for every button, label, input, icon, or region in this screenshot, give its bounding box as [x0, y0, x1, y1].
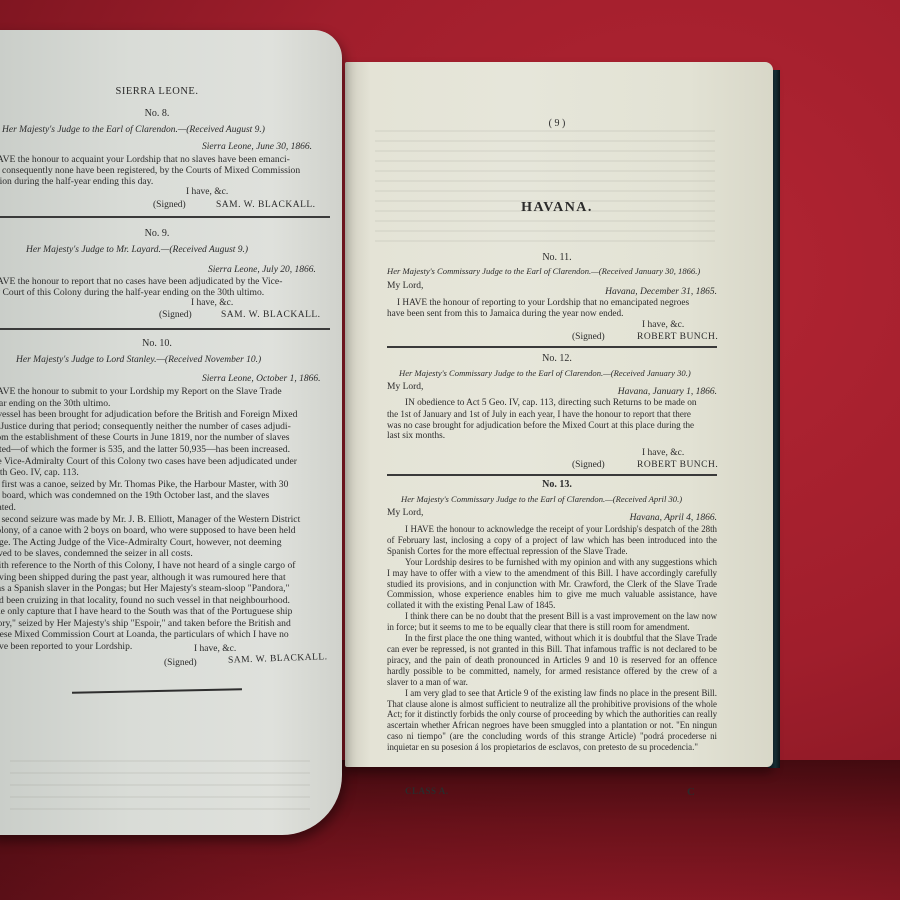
- body-line: The only capture that I have heard to th…: [0, 606, 335, 618]
- despatch-date: Havana, January 1, 1866.: [618, 387, 717, 397]
- divider-rule: [0, 328, 330, 330]
- body-line: had been cruizing in that locality, foun…: [0, 595, 335, 607]
- despatch-heading: Her Majesty's Commissary Judge to the Ea…: [399, 368, 691, 378]
- despatch-date: Havana, April 4, 1866.: [630, 513, 717, 523]
- body-line: I HAVE the honour of reporting to your L…: [397, 298, 689, 308]
- signed-label: (Signed): [572, 332, 605, 342]
- signed-label: (Signed): [164, 658, 197, 668]
- body-line: having been shipped during the past year…: [0, 572, 335, 584]
- despatch-heading: Her Majesty's Commissary Judge to the Ea…: [401, 494, 682, 504]
- left-page: SIERRA LEONE. No. 8. Her Majesty's Judge…: [0, 30, 342, 835]
- section-title-sierra-leone: SIERRA LEONE.: [0, 86, 338, 97]
- body-line: dage. The Acting Judge of the Vice-Admir…: [0, 537, 335, 549]
- despatch-number: No. 11.: [387, 252, 727, 263]
- body-line: t 5th Geo. IV, cap. 113.: [0, 467, 335, 479]
- paragraph: Your Lordship desires to be furnished wi…: [387, 557, 717, 612]
- paragraph: I think there can be no doubt that the p…: [387, 611, 717, 633]
- divider-rule: [0, 216, 330, 218]
- body-line: the Vice-Admiralty Court of this Colony …: [0, 456, 335, 468]
- body-line: HAVE the honour to report that no cases …: [0, 276, 282, 287]
- signatory: ROBERT BUNCH.: [637, 332, 718, 342]
- closing: I have, &c.: [191, 298, 233, 308]
- body-line: he first was a canoe, seized by Mr. Thom…: [0, 479, 335, 491]
- divider-rule: [387, 346, 717, 348]
- body-line: ipated.: [0, 502, 335, 514]
- despatch-date: Sierra Leone, June 30, 1866.: [202, 142, 312, 152]
- signed-label: (Signed): [153, 200, 186, 210]
- body-line: have been sent from this to Jamaica duri…: [387, 309, 623, 319]
- salutation: My Lord,: [387, 281, 423, 291]
- despatch-body: HAVE the honour to submit to your Lordsh…: [0, 386, 335, 653]
- body-line: HAVE the honour to acquaint your Lordshi…: [0, 154, 290, 165]
- show-through-text: [10, 750, 310, 810]
- salutation: My Lord,: [387, 382, 423, 392]
- body-line: from the establishment of these Courts i…: [0, 432, 335, 444]
- salutation: My Lord,: [387, 508, 423, 518]
- body-line: o vessel has been brought for adjudicati…: [0, 409, 335, 421]
- paragraph: In the first place the one thing wanted,…: [387, 633, 717, 688]
- closing: I have, &c.: [642, 448, 684, 458]
- body-line: last six months.: [387, 431, 445, 441]
- body-line: IN obedience to Act 5 Geo. IV, cap. 113,…: [405, 398, 697, 408]
- body-line: Colony, of a canoe with 2 boys on board,…: [0, 525, 335, 537]
- paragraph: I HAVE the honour to acknowledge the rec…: [387, 524, 717, 557]
- despatch-date: Sierra Leone, October 1, 1866.: [202, 374, 320, 384]
- despatch-date: Havana, December 31, 1865.: [605, 287, 717, 297]
- section-title-havana: HAVANA.: [387, 200, 727, 216]
- closing: I have, &c.: [194, 644, 236, 654]
- body-line: on board, which was condemned on the 19t…: [0, 490, 335, 502]
- footer-signature-mark: C: [687, 786, 695, 798]
- signed-label: (Signed): [572, 460, 605, 470]
- signatory: SAM. W. BLACKALL.: [228, 652, 328, 665]
- closing: I have, &c.: [642, 320, 684, 330]
- body-line: tation during the half-year ending this …: [0, 176, 153, 187]
- body-line: lty Court of this Colony during the half…: [0, 287, 264, 298]
- body-line: nd consequently none have been registere…: [0, 165, 300, 176]
- body-line: he second seizure was made by Mr. J. B. …: [0, 514, 335, 526]
- page-number: ( 9 ): [387, 118, 727, 129]
- despatch-heading: Her Majesty's Judge to Mr. Layard.—(Rece…: [26, 245, 248, 255]
- body-line: pated—of which the former is 535, and th…: [0, 444, 335, 456]
- signed-label: (Signed): [159, 310, 192, 320]
- despatch-date: Sierra Leone, July 20, 1866.: [208, 265, 316, 275]
- despatch-heading: Her Majesty's Judge to the Earl of Clare…: [2, 125, 265, 135]
- end-rule: [72, 688, 242, 694]
- despatch-heading: Her Majesty's Commissary Judge to the Ea…: [387, 266, 700, 276]
- body-line: have been reported to your Lordship.: [0, 641, 335, 653]
- closing: I have, &c.: [186, 187, 228, 197]
- signatory: ROBERT BUNCH.: [637, 460, 718, 470]
- signatory: SAM. W. BLACKALL.: [216, 200, 316, 210]
- despatch-number: No. 13.: [387, 479, 727, 490]
- body-line: of Justice during that period; consequen…: [0, 421, 335, 433]
- despatch-heading: Her Majesty's Judge to Lord Stanley.—(Re…: [16, 355, 261, 365]
- signatory: SAM. W. BLACKALL.: [221, 310, 321, 320]
- body-line: roved to be slaves, condemned the seizer…: [0, 548, 335, 560]
- footer-class-label: CLASS A.: [405, 786, 449, 796]
- despatch-number: No. 9.: [0, 228, 338, 239]
- body-line: With reference to the North of this Colo…: [0, 560, 335, 572]
- right-page: ( 9 ) HAVANA. No. 11. Her Majesty's Comm…: [345, 62, 773, 767]
- body-line: mory," seized by Her Majesty's ship "Esp…: [0, 618, 335, 630]
- body-line: guese Mixed Commission Court at Loanda, …: [0, 629, 335, 641]
- body-line: HAVE the honour to submit to your Lordsh…: [0, 386, 335, 398]
- body-line: was a Spanish slaver in the Pongas; but …: [0, 583, 335, 595]
- divider-rule: [387, 474, 717, 476]
- body-line: was no case brought for adjudication bef…: [387, 420, 694, 430]
- despatch-body: I HAVE the honour to acknowledge the rec…: [387, 524, 717, 753]
- despatch-number: No. 8.: [0, 108, 338, 119]
- paragraph: I am very glad to see that Article 9 of …: [387, 688, 717, 753]
- despatch-number: No. 12.: [387, 353, 727, 364]
- show-through-text: [375, 122, 715, 242]
- despatch-number: No. 10.: [0, 338, 338, 349]
- body-line: year ending on the 30th ultimo.: [0, 398, 335, 410]
- body-line: the 1st of January and 1st of July in ea…: [387, 409, 691, 419]
